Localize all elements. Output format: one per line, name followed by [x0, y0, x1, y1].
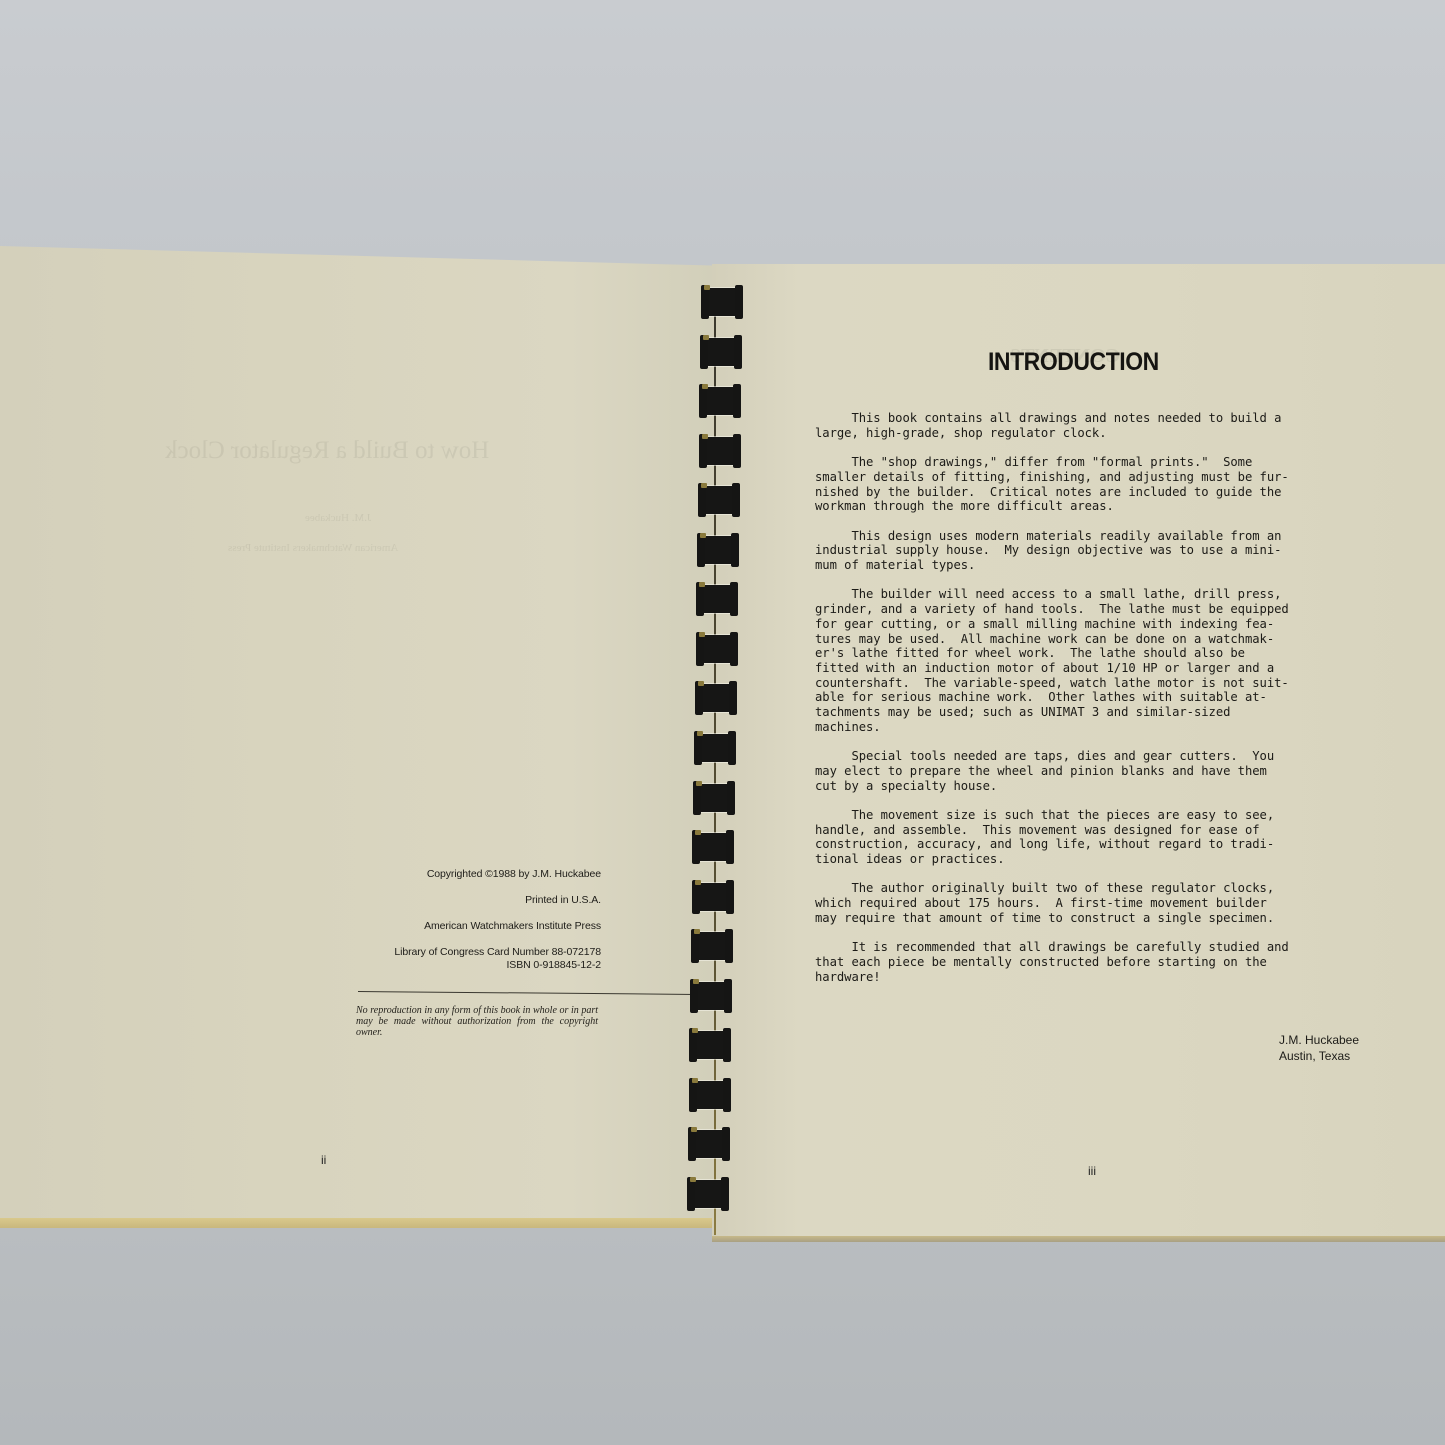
body-paragraph: The builder will need access to a small … [815, 587, 1415, 734]
publisher-line: American Watchmakers Institute Press [356, 920, 601, 933]
binding-coil [699, 486, 739, 514]
binding-coil [688, 1180, 728, 1208]
binding-coil [691, 982, 731, 1010]
ghost-title: How to Build a Regulator Clock [165, 437, 489, 465]
binding-coil [690, 1031, 730, 1059]
cover-edge-right [712, 1236, 1445, 1242]
binding-coil [696, 684, 736, 712]
signature-name: J.M. Huckabee [1279, 1032, 1359, 1048]
left-page [0, 246, 712, 1224]
binding-coil [697, 635, 737, 663]
signature: J.M. Huckabee Austin, Texas [1279, 1032, 1359, 1064]
photo-scene: How to Build a Regulator Clock J.M. Huck… [0, 0, 1445, 1445]
body-paragraph: The movement size is such that the piece… [815, 808, 1415, 867]
binding-coil [700, 387, 740, 415]
page-number-right: iii [1088, 1164, 1096, 1178]
ghost-subtitle: J.M. Huckabee [305, 512, 371, 524]
copyright-line: Copyrighted ©1988 by J.M. Huckabee [356, 868, 601, 881]
body-paragraph: This design uses modern materials readil… [815, 529, 1415, 573]
binding-coil [694, 784, 734, 812]
body-paragraph: It is recommended that all drawings be c… [815, 940, 1415, 984]
binding-coil [693, 833, 733, 861]
binding-coil [700, 437, 740, 465]
binding-coil [702, 288, 742, 316]
isbn-line: ISBN 0-918845-12-2 [356, 959, 601, 972]
binding-coil [689, 1130, 729, 1158]
body-paragraph: The "shop drawings," differ from "formal… [815, 455, 1415, 514]
page-title: INTRODUCTION [988, 348, 1159, 377]
body-paragraph: Special tools needed are taps, dies and … [815, 749, 1415, 793]
binding-coil [701, 338, 741, 366]
binding-coil [698, 536, 738, 564]
binding-coil [692, 932, 732, 960]
introduction-body: This book contains all drawings and note… [815, 411, 1415, 999]
signature-place: Austin, Texas [1279, 1048, 1359, 1064]
copyright-block: Copyrighted ©1988 by J.M. Huckabee Print… [356, 868, 601, 972]
page-number-left: ii [321, 1153, 326, 1167]
ghost-publisher: American Watchmakers Institute Press [228, 542, 398, 554]
cover-edge [0, 1218, 712, 1228]
binding-coil [693, 883, 733, 911]
body-paragraph: This book contains all drawings and note… [815, 411, 1415, 440]
body-paragraph: The author originally built two of these… [815, 881, 1415, 925]
reproduction-notice: No reproduction in any form of this book… [356, 1005, 598, 1038]
binding-coil [697, 585, 737, 613]
printed-line: Printed in U.S.A. [356, 894, 601, 907]
binding-coil [695, 734, 735, 762]
lccn-line: Library of Congress Card Number 88-07217… [356, 946, 601, 959]
binding-coil [690, 1081, 730, 1109]
